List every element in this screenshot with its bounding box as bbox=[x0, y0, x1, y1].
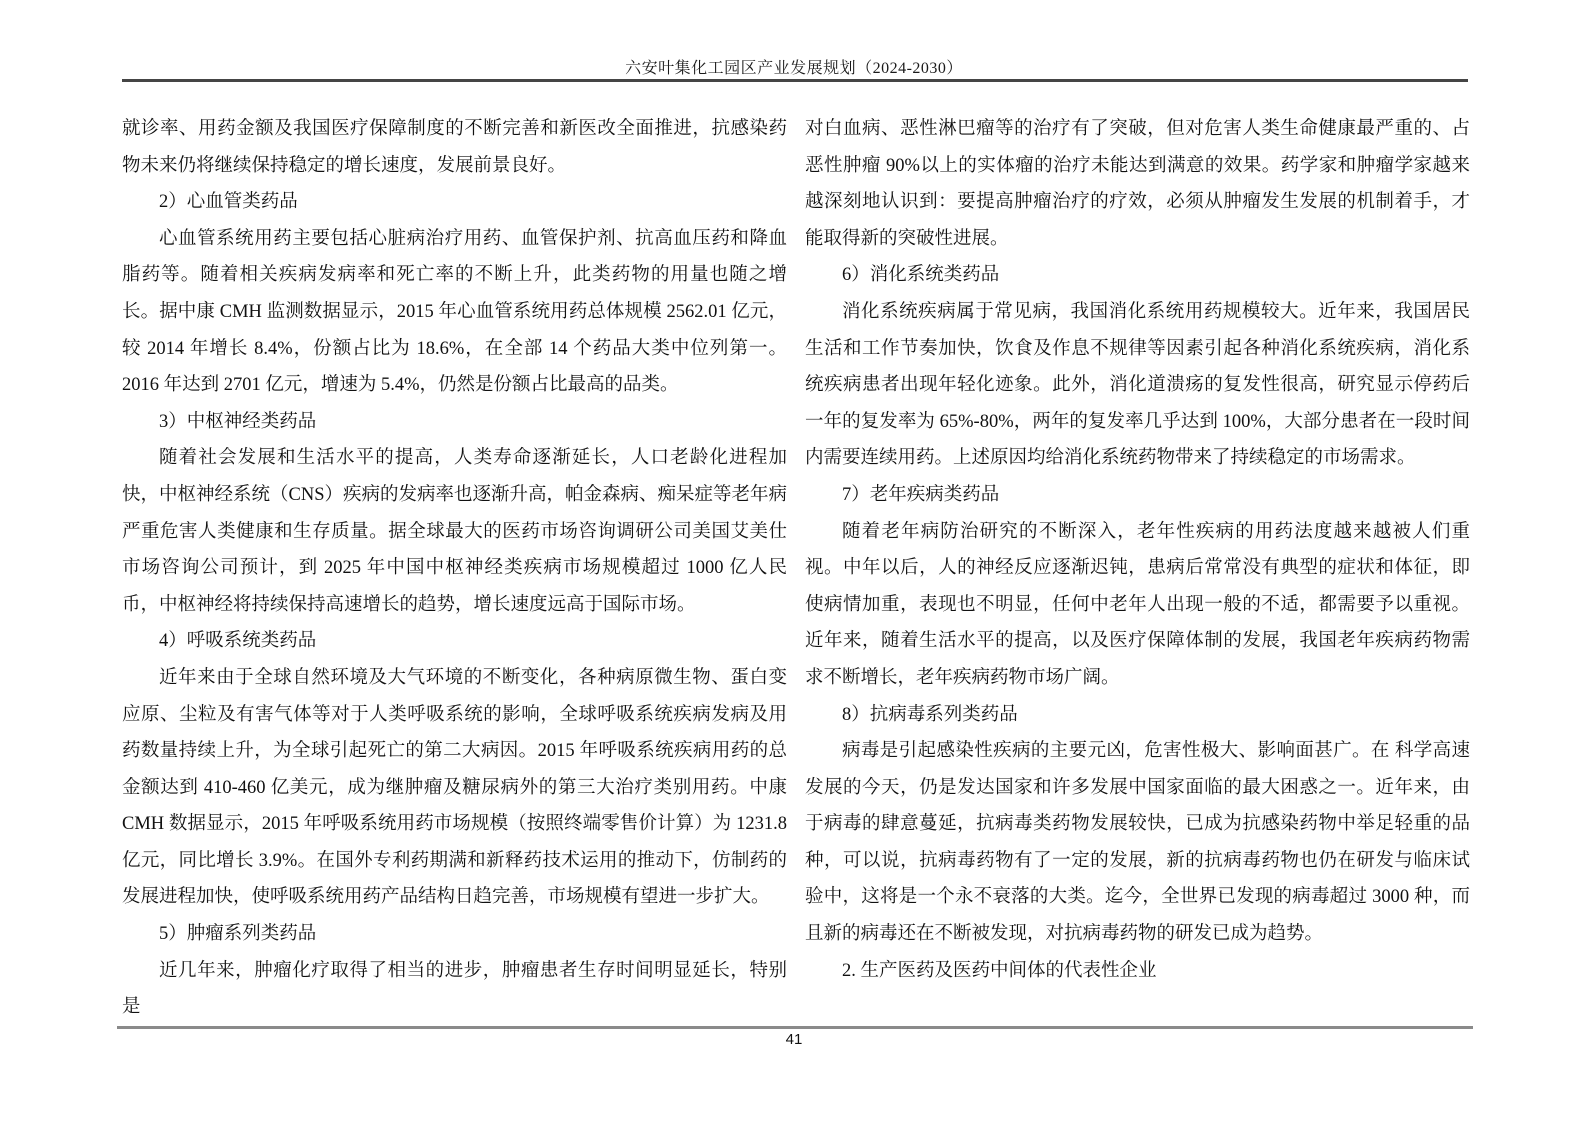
paragraph: 近几年来，肿瘤化疗取得了相当的进步，肿瘤患者生存时间明显延长，特别是 bbox=[122, 953, 787, 1026]
section-heading: 5）肿瘤系列类药品 bbox=[122, 916, 787, 953]
page-body: 就诊率、用药金额及我国医疗保障制度的不断完善和新医改全面推进，抗感染药物未来仍将… bbox=[122, 111, 1470, 1026]
column-right: 对白血病、恶性淋巴瘤等的治疗有了突破，但对危害人类生命健康最严重的、占恶性肿瘤 … bbox=[805, 111, 1470, 1026]
section-heading: 3）中枢神经类药品 bbox=[122, 404, 787, 441]
column-left: 就诊率、用药金额及我国医疗保障制度的不断完善和新医改全面推进，抗感染药物未来仍将… bbox=[122, 111, 787, 1026]
paragraph: 消化系统疾病属于常见病，我国消化系统用药规模较大。近年来，我国居民生活和工作节奏… bbox=[805, 294, 1470, 477]
paragraph: 心血管系统用药主要包括心脏病治疗用药、血管保护剂、抗高血压药和降血脂药等。随着相… bbox=[122, 221, 787, 404]
paragraph: 对白血病、恶性淋巴瘤等的治疗有了突破，但对危害人类生命健康最严重的、占恶性肿瘤 … bbox=[805, 111, 1470, 257]
header-rule bbox=[122, 79, 1468, 82]
page-number: 41 bbox=[0, 1031, 1588, 1048]
paragraph: 病毒是引起感染性疾病的主要元凶，危害性极大、影响面甚广。在 科学高速发展的今天，… bbox=[805, 733, 1470, 953]
paragraph: 就诊率、用药金额及我国医疗保障制度的不断完善和新医改全面推进，抗感染药物未来仍将… bbox=[122, 111, 787, 184]
page-header-title: 六安叶集化工园区产业发展规划（2024-2030） bbox=[0, 55, 1588, 78]
paragraph: 随着社会发展和生活水平的提高，人类寿命逐渐延长，人口老龄化进程加快，中枢神经系统… bbox=[122, 440, 787, 623]
section-heading: 8）抗病毒系列类药品 bbox=[805, 697, 1470, 734]
paragraph: 近年来由于全球自然环境及大气环境的不断变化，各种病原微生物、蛋白变应原、尘粒及有… bbox=[122, 660, 787, 916]
section-heading: 6）消化系统类药品 bbox=[805, 257, 1470, 294]
paragraph: 随着老年病防治研究的不断深入，老年性疾病的用药法度越来越被人们重视。中年以后，人… bbox=[805, 514, 1470, 697]
section-heading: 2）心血管类药品 bbox=[122, 184, 787, 221]
document-page: 六安叶集化工园区产业发展规划（2024-2030） 就诊率、用药金额及我国医疗保… bbox=[0, 0, 1588, 1122]
section-heading: 7）老年疾病类药品 bbox=[805, 477, 1470, 514]
section-heading: 2. 生产医药及医药中间体的代表性企业 bbox=[805, 953, 1470, 990]
footer-rule bbox=[117, 1026, 1473, 1029]
section-heading: 4）呼吸系统类药品 bbox=[122, 623, 787, 660]
